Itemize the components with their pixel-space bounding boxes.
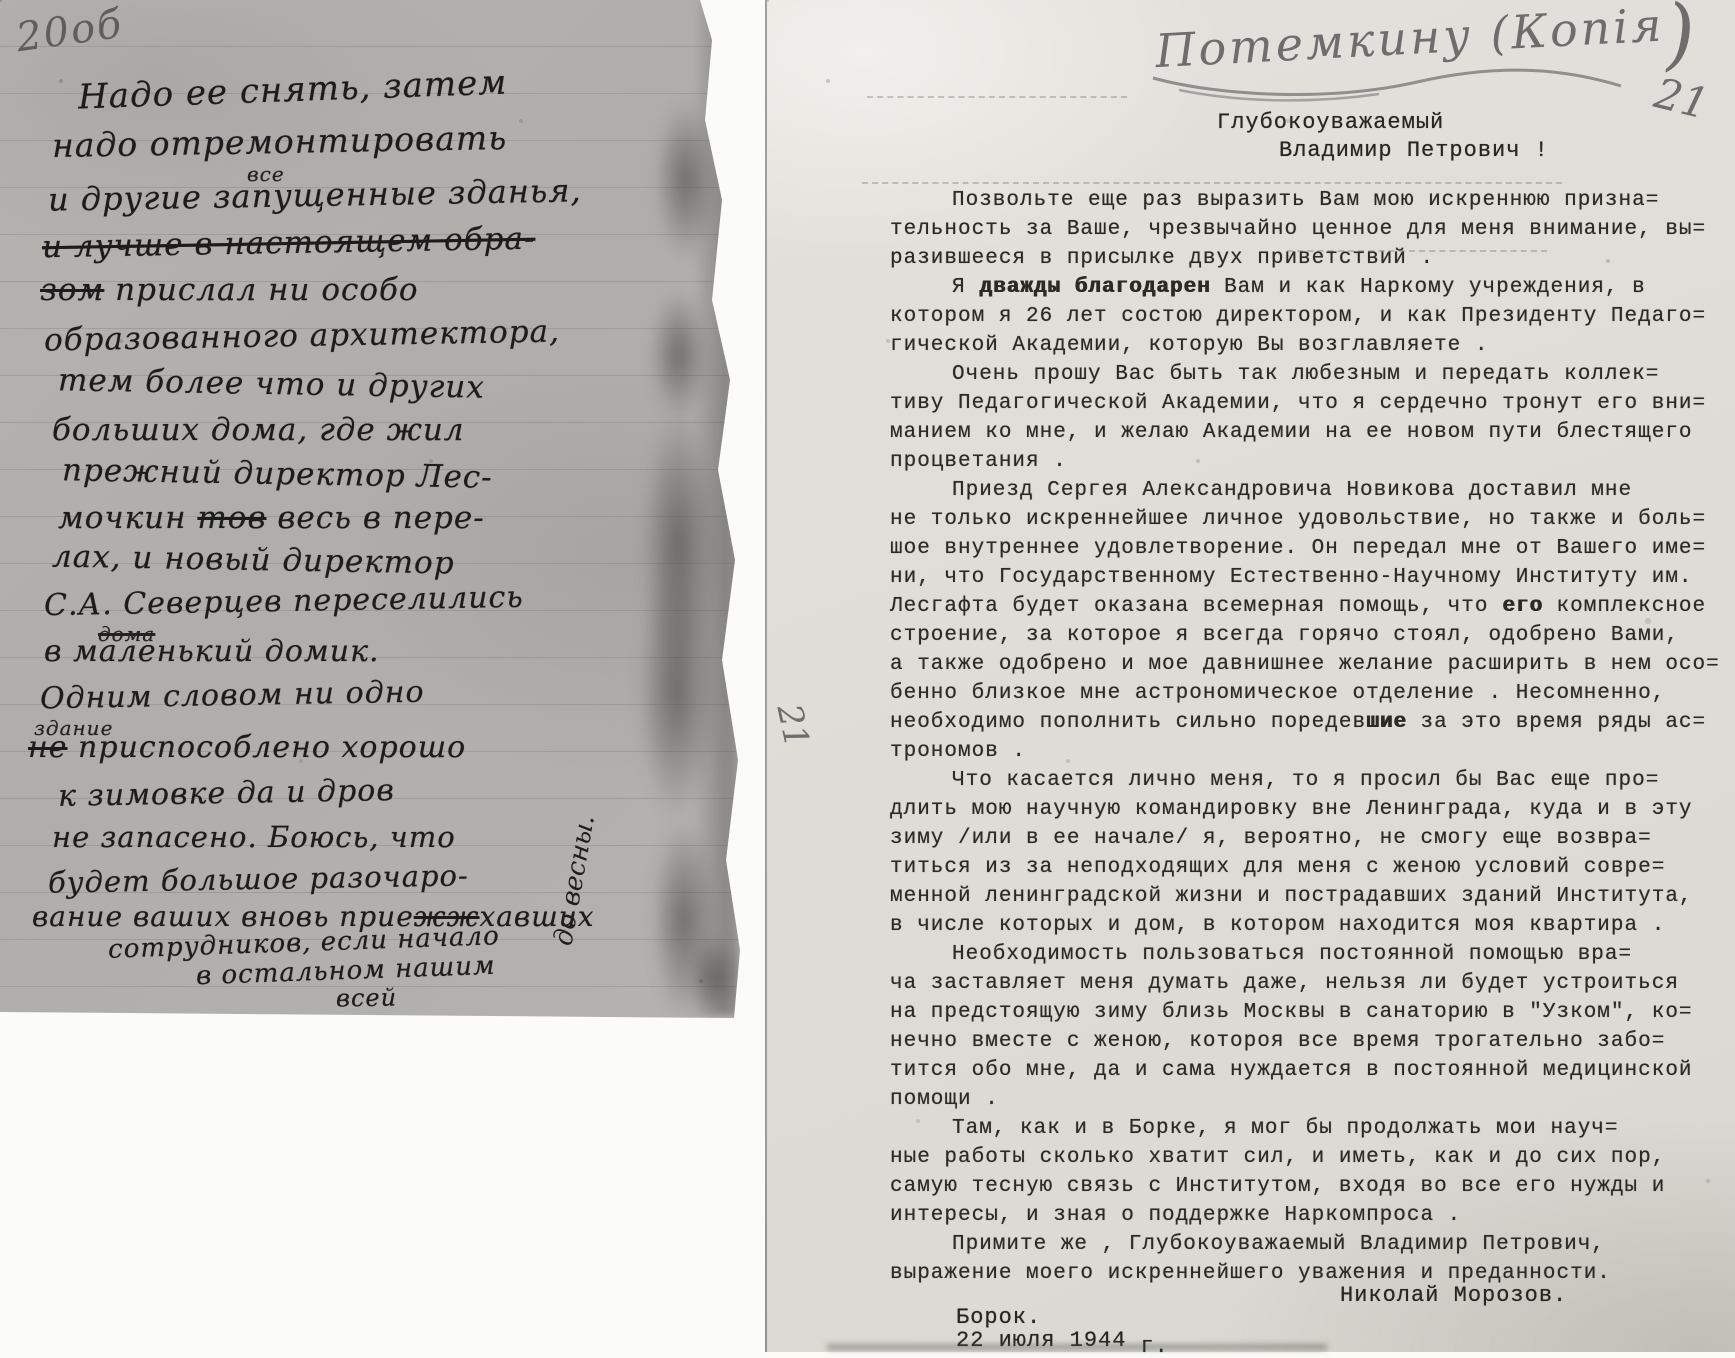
typed-text: строение, за которое я всегда горячо сто…	[890, 624, 1679, 647]
typed-text: бенно близкое мне астрономическое отделе…	[890, 682, 1665, 705]
handwritten-text: всей	[336, 983, 398, 1012]
typed-text: Очень прошу Вас быть так любезным и пере…	[952, 363, 1659, 386]
salutation-line-2: Владимир Петрович !	[1279, 138, 1549, 163]
handwritten-draft-page: 20об Надо ее снять, затемнадо отремонтир…	[0, 0, 745, 1020]
typed-line: тиву Педагогической Академии, что я серд…	[890, 389, 1735, 418]
typed-line: Позвольте еще раз выразить Вам мою искре…	[890, 186, 1735, 215]
handwritten-text: не запасено. Боюсь, что	[52, 820, 456, 854]
typed-text: манием ко мне, и желаю Академии на ее но…	[890, 421, 1693, 444]
page-number-handwritten: 20об	[13, 1, 126, 62]
handwritten-text: Одним словом ни одно	[40, 675, 425, 717]
typed-line: котором я 26 лет состою директором, и ка…	[890, 302, 1735, 331]
typed-line: манием ко мне, и желаю Академии на ее но…	[890, 418, 1735, 447]
handwritten-line: Одним словом ни одно	[40, 675, 425, 717]
typed-line: гической Академии, которую Вы возглавляе…	[890, 331, 1735, 360]
typed-text: трономов .	[890, 740, 1026, 763]
typed-line: нечно вместе с женою, котороя все время …	[890, 1027, 1735, 1056]
typed-text: выражение моего искреннейшего уважения и…	[890, 1262, 1611, 1285]
typed-text: ные работы сколько хватит сил, и иметь, …	[890, 1146, 1665, 1169]
typed-text: ча заставляет меня думать даже, нельзя л…	[890, 972, 1679, 995]
handwritten-text: образованного архитектора,	[44, 314, 561, 359]
handwritten-line: больших дома, где жил	[52, 412, 465, 448]
handwritten-text: прислал ни особо	[104, 272, 418, 308]
handwritten-text: и другие запущенные зданья,	[48, 171, 582, 218]
corner-smudge	[688, 935, 740, 1020]
signature: Николай Морозов.	[1340, 1283, 1567, 1308]
typed-text: комплексное	[1543, 595, 1706, 618]
typed-line: самую тесную связь с Институтом, входя в…	[890, 1172, 1735, 1201]
typed-text: Я	[952, 276, 979, 299]
typed-line: Я дважды благодарен Вам и как Наркому уч…	[890, 273, 1735, 302]
typed-line: необходимо пополнить сильно поредевшие з…	[890, 708, 1735, 737]
handwritten-line: мочкин тов весь в пере-	[58, 500, 485, 536]
typed-line: Очень прошу Вас быть так любезным и пере…	[890, 360, 1735, 389]
typed-text: Что касается лично меня, то я просил бы …	[952, 769, 1659, 792]
handwritten-text: С.А. Северцев переселились	[44, 580, 524, 623]
typed-text: необходимо пополнить сильно поредев	[890, 711, 1366, 734]
typed-text-overstruck: шие	[1366, 711, 1407, 734]
typed-text: Вам и как Наркому учреждения, в	[1210, 276, 1645, 299]
typed-text: помощи .	[890, 1088, 999, 1111]
handwritten-line: и лучше в настоящем обра-	[42, 221, 536, 266]
typed-text: тится обо мне, да и сама нуждается в пос…	[890, 1059, 1693, 1082]
pencil-addressee-note: Потемкину (Копія)	[1154, 0, 1699, 78]
typed-text: на предстоящую зиму близь Москвы в санат…	[890, 1001, 1693, 1024]
handwritten-line: будет большое разочаро-	[48, 858, 469, 899]
handwritten-line: Надо ее снять, затем	[77, 63, 508, 118]
handwritten-text: лах, и новый директор	[52, 538, 455, 581]
paper-specks	[0, 0, 2, 2]
typed-line: шое внутреннее удовлетворение. Он переда…	[890, 534, 1735, 563]
handwritten-text: прежний директор Лес-	[62, 452, 493, 496]
typed-text: нечно вместе с женою, котороя все время …	[890, 1030, 1665, 1053]
place-line: Борок.	[956, 1305, 1041, 1330]
handwritten-text: тем более что и других	[58, 362, 485, 405]
typed-text: не только искреннейшее личное удовольств…	[890, 508, 1706, 531]
typed-line: помощи .	[890, 1085, 1735, 1114]
typed-text: процветания .	[890, 450, 1067, 473]
typed-text: Позвольте еще раз выразить Вам мою искре…	[952, 189, 1659, 212]
handwritten-line: зом прислал ни особо	[40, 272, 419, 308]
typed-line: ни, что Государственному Естественно-Нау…	[890, 563, 1735, 592]
typed-line: Там, как и в Борке, я мог бы продолжать …	[890, 1114, 1735, 1143]
edge-smudge	[655, 100, 717, 260]
typed-text: титься из за неподходящих для меня с жен…	[890, 856, 1665, 879]
letter-body: Позвольте еще раз выразить Вам мою искре…	[890, 186, 1735, 1288]
handwritten-text: будет большое разочаро-	[48, 858, 469, 899]
pencil-note-text: Потемкину (Копія	[1154, 0, 1666, 78]
handwritten-line: всей	[336, 983, 398, 1012]
typed-text: Примите же , Глубокоуважаемый Владимир П…	[952, 1233, 1605, 1256]
struck-text: не	[28, 730, 68, 765]
typed-line: ные работы сколько хватит сил, и иметь, …	[890, 1143, 1735, 1172]
folio-number: 21	[1650, 68, 1714, 128]
typed-line: Лесгафта будет оказана всемерная помощь,…	[890, 592, 1735, 621]
typed-text: Лесгафта будет оказана всемерная помощь,…	[890, 595, 1502, 618]
paper-specks	[767, 0, 769, 2]
typed-line: Примите же , Глубокоуважаемый Владимир П…	[890, 1230, 1735, 1259]
typed-line: зиму /или в ее начале/ я, вероятно, не с…	[890, 824, 1735, 853]
handwritten-text: приспособлено хорошо	[68, 730, 467, 765]
handwritten-line: лах, и новый директор	[52, 538, 455, 581]
side-folio-number: 21	[769, 701, 817, 752]
typed-text: за это время ряды ас=	[1407, 711, 1706, 734]
typed-line: тельность за Ваше, чрезвычайно ценное дл…	[890, 215, 1735, 244]
typed-text: в числе которых и дом, в котором находит…	[890, 914, 1665, 937]
handwritten-line: С.А. Северцев переселились	[44, 580, 524, 623]
pencil-note-paren: )	[1662, 0, 1700, 79]
struck-text: зом	[40, 272, 104, 308]
typed-text: интересы, и зная о поддержке Наркомпроса…	[890, 1204, 1461, 1227]
typed-line: тится обо мне, да и сама нуждается в пос…	[890, 1056, 1735, 1085]
handwritten-line: к зимовке да и дров	[58, 773, 395, 814]
struck-text: и лучше в настоящем обра-	[42, 221, 536, 266]
typed-line: не только искреннейшее личное удовольств…	[890, 505, 1735, 534]
typed-text: котором я 26 лет состою директором, и ка…	[890, 305, 1706, 328]
typed-line: в числе которых и дом, в котором находит…	[890, 911, 1735, 940]
handwritten-text: в маленький домик.	[44, 634, 380, 669]
typed-line: Приезд Сергея Александровича Новикова до…	[890, 476, 1735, 505]
handwritten-text: мочкин	[58, 500, 197, 536]
typed-line: менной ленинградской жизни и пострадавши…	[890, 882, 1735, 911]
handwritten-text: Надо ее снять, затем	[77, 63, 508, 118]
typed-line: ча заставляет меня думать даже, нельзя л…	[890, 969, 1735, 998]
handwritten-text: больших дома, где жил	[52, 412, 465, 448]
typed-line: процветания .	[890, 447, 1735, 476]
typed-line: Необходимость пользоваться постоянной по…	[890, 940, 1735, 969]
typed-text-overstruck: его	[1502, 595, 1543, 618]
typed-text: Там, как и в Борке, я мог бы продолжать …	[952, 1117, 1619, 1140]
edge-smudge	[638, 560, 716, 820]
typed-line: титься из за неподходящих для меня с жен…	[890, 853, 1735, 882]
handwritten-line: не приспособлено хорошо	[28, 730, 466, 765]
handwritten-line: не запасено. Боюсь, что	[52, 820, 456, 854]
typed-text: гической Академии, которую Вы возглавляе…	[890, 334, 1489, 357]
bottom-shadow-streak	[827, 1344, 1327, 1350]
bleed-through-mark	[862, 182, 1562, 184]
typed-text: разившееся в присылке двух приветствий .	[890, 247, 1434, 270]
typed-letter-page: Потемкину (Копія) 21 21 Глубокоуважаемый…	[765, 0, 1735, 1352]
typed-line: на предстоящую зиму близь Москвы в санат…	[890, 998, 1735, 1027]
handwritten-line: надо отремонтировать	[52, 118, 508, 165]
typed-text: тиву Педагогической Академии, что я серд…	[890, 392, 1706, 415]
handwritten-line: тем более что и других	[58, 362, 485, 405]
typed-text: длить мою научную командировку вне Ленин…	[890, 798, 1693, 821]
handwritten-line: образованного архитектора,	[44, 314, 561, 359]
handwritten-line: в маленький домик.	[44, 634, 380, 669]
typed-text: менной ленинградской жизни и пострадавши…	[890, 885, 1693, 908]
typed-line: строение, за которое я всегда горячо сто…	[890, 621, 1735, 650]
typed-line: выражение моего искреннейшего уважения и…	[890, 1259, 1735, 1288]
typed-text: зиму /или в ее начале/ я, вероятно, не с…	[890, 827, 1652, 850]
typed-text: самую тесную связь с Институтом, входя в…	[890, 1175, 1665, 1198]
handwritten-line: прежний директор Лес-	[62, 452, 493, 496]
typed-line: длить мою научную командировку вне Ленин…	[890, 795, 1735, 824]
typed-text-overstruck: дважды благодарен	[979, 276, 1210, 299]
typed-line: интересы, и зная о поддержке Наркомпроса…	[890, 1201, 1735, 1230]
bleed-through-mark	[867, 96, 1127, 98]
handwritten-text: к зимовке да и дров	[58, 773, 395, 814]
handwritten-text: надо отремонтировать	[52, 118, 508, 165]
typed-text: а также одобрено и мое давнишнее желание…	[890, 653, 1720, 676]
typed-text: ни, что Государственному Естественно-Нау…	[890, 566, 1693, 589]
typed-line: бенно близкое мне астрономическое отделе…	[890, 679, 1735, 708]
typed-line: разившееся в присылке двух приветствий .	[890, 244, 1735, 273]
typed-text: шое внутреннее удовлетворение. Он переда…	[890, 537, 1706, 560]
edge-smudge	[650, 290, 708, 420]
typed-text: Приезд Сергея Александровича Новикова до…	[952, 479, 1632, 502]
typed-line: Что касается лично меня, то я просил бы …	[890, 766, 1735, 795]
typed-text: тельность за Ваше, чрезвычайно ценное дл…	[890, 218, 1706, 241]
typed-line: трономов .	[890, 737, 1735, 766]
struck-text: тов	[197, 500, 266, 536]
salutation-line-1: Глубокоуважаемый	[1217, 110, 1444, 135]
handwritten-text: весь в пере-	[267, 500, 485, 536]
handwritten-line: и другие запущенные зданья,	[48, 171, 582, 218]
typed-text: Необходимость пользоваться постоянной по…	[952, 943, 1632, 966]
typed-line: а также одобрено и мое давнишнее желание…	[890, 650, 1735, 679]
document-scan: 20об Надо ее снять, затемнадо отремонтир…	[0, 0, 1735, 1358]
